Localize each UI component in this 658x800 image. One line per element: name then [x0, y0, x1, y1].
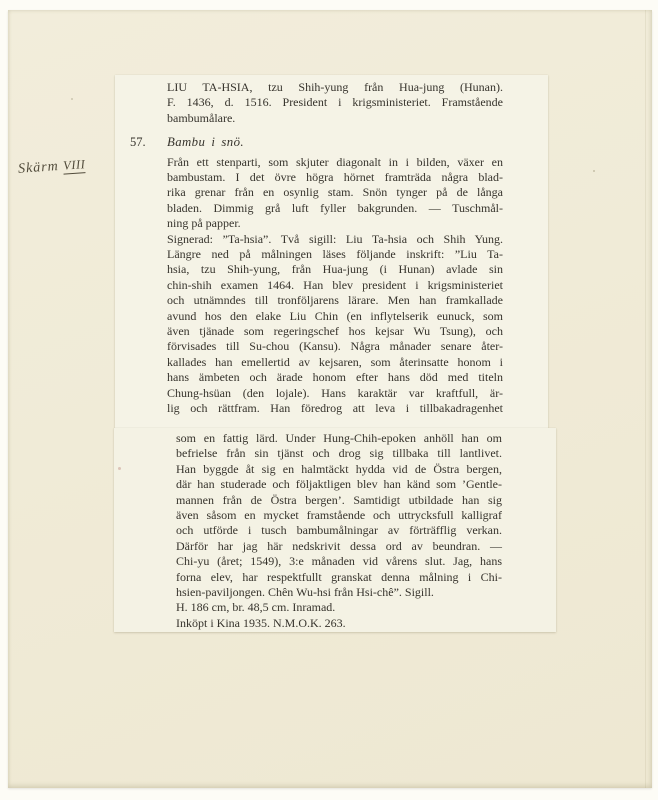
text-line: Därför har jag här nedskrivit dessa ord … [176, 539, 502, 554]
margin-annotation-word: Skärm [18, 159, 60, 177]
text-line: förvisades till Su-chou (Kansu). Några m… [167, 339, 503, 354]
text-line: även såsom en mycket framstående och utt… [176, 508, 502, 523]
scanned-page: Skärm VIII LIU TA-HSIA, tzu Shih-yung fr… [0, 0, 658, 800]
text-line: bambustam. I det övre högra hörnet framt… [167, 170, 503, 185]
upper-text-slip: LIU TA-HSIA, tzu Shih-yung från Hua-jung… [115, 75, 548, 428]
text-line: och utnämndes till tronföljarens lärare.… [167, 293, 503, 308]
text-line: och utförde i tusch bambumålningar av fö… [176, 523, 502, 538]
text-line: chin-shih examen 1464. Han blev presiden… [167, 278, 503, 293]
text-line: även tjänade som regeringschef hos kejsa… [167, 324, 503, 339]
paper-speck [118, 467, 121, 470]
text-line: hans ämbeten och ärade honom efter hans … [167, 370, 503, 385]
text-line: Han byggde åt sig en halmtäckt hydda vid… [176, 462, 502, 477]
text-line: Längre ned på målningen läses följande i… [167, 247, 503, 262]
text-line: avund hos den elake Liu Chin (en inflyte… [167, 309, 503, 324]
entry-title: Bambu i snö. [167, 135, 244, 149]
text-line: där han studerade och följaktligen blev … [176, 477, 502, 492]
text-line: forna elev, har respektfullt granskat de… [176, 570, 502, 585]
text-line: rika grenar från en osynlig stam. Snön t… [167, 185, 503, 200]
artist-header-line: bambumålare. [167, 111, 503, 126]
text-line: Signerad: ”Ta-hsia”. Två sigill: Liu Ta-… [167, 232, 503, 247]
artist-header-line: LIU TA-HSIA, tzu Shih-yung från Hua-jung… [167, 80, 503, 95]
text-line: mannen från de Östra bergen’. Samtidigt … [176, 493, 502, 508]
text-line: Chung-hsüan (den lojale). Hans karaktär … [167, 386, 503, 401]
text-line: ning på papper. [167, 216, 503, 231]
paper-speck [71, 98, 73, 100]
artist-header-line: F. 1436, d. 1516. President i krigsminis… [167, 95, 503, 110]
text-line: Inköpt i Kina 1935. N.M.O.K. 263. [176, 616, 502, 631]
margin-annotation: Skärm VIII [18, 154, 129, 178]
lower-text-slip: som en fattig lärd. Under Hung-Chih-epok… [114, 428, 556, 632]
entry-heading: 57. Bambu i snö. [167, 135, 503, 150]
text-line: hsia, tzu Shih-yung, från Hua-jung (i Hu… [167, 262, 503, 277]
text-line: bladen. Dimmig grå luft fyller bakgrunde… [167, 201, 503, 216]
text-line: Chi-yu (året; 1549), 3:e månaden vid vår… [176, 554, 502, 569]
text-line: kallades han emellertid av kejsaren, som… [167, 355, 503, 370]
text-line: lig och rättfram. Han föredrog att leva … [167, 401, 503, 416]
margin-annotation-numeral: VIII [63, 157, 86, 175]
text-line: som en fattig lärd. Under Hung-Chih-epok… [176, 431, 502, 446]
text-line: Från ett stenparti, som skjuter diagonal… [167, 155, 503, 170]
entry-number: 57. [130, 135, 146, 150]
paper-speck [593, 170, 595, 172]
text-line: H. 186 cm, br. 48,5 cm. Inramad. [176, 600, 502, 615]
catalog-page: Skärm VIII LIU TA-HSIA, tzu Shih-yung fr… [8, 10, 652, 788]
text-line: hsien-paviljongen. Chên Wu-hsi från Hsi-… [176, 585, 502, 600]
text-line: befrielse från sin tjänst och drog sig t… [176, 446, 502, 461]
